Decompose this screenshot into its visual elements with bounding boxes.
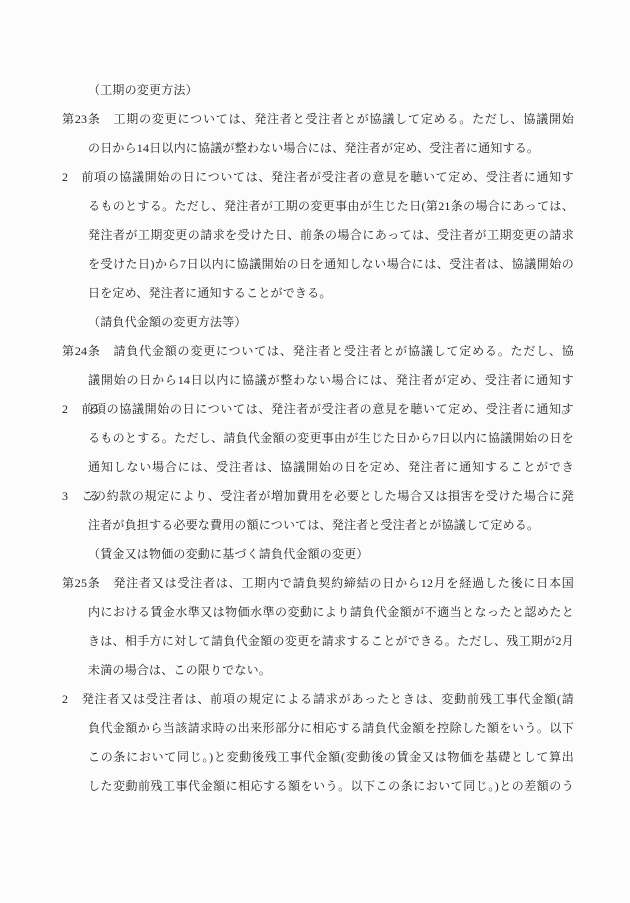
text-line: 内における賃金水準又は物価水準の変動により請負代金額が不適当となったと認めたと [62, 598, 574, 627]
section-heading: （工期の変更方法） [62, 76, 574, 105]
text-line: 第23条 工期の変更については、発注者と受注者とが協議して定める。ただし、協議開… [62, 105, 574, 134]
text-line: 発注者が工期変更の請求を受けた日、前条の場合にあっては、受注者が工期変更の請求 [62, 221, 574, 250]
text-line: るものとする。ただし、発注者が工期の変更事由が生じた日(第21条の場合にあっては… [62, 192, 574, 221]
document-page: （工期の変更方法）第23条 工期の変更については、発注者と受注者とが協議して定め… [0, 0, 630, 903]
section-heading: （請負代金額の変更方法等） [62, 308, 574, 337]
text-line: きは、相手方に対して請負代金額の変更を請求することができる。ただし、残工期が2月 [62, 627, 574, 656]
text-line: 第24条 請負代金額の変更については、発注者と受注者とが協議して定める。ただし、… [62, 337, 574, 366]
text-line: 第25条 発注者又は受注者は、工期内で請負契約締結の日から12月を経過した後に日… [62, 569, 574, 598]
text-line: 2 発注者又は受注者は、前項の規定による請求があったときは、変動前残工事代金額(… [62, 685, 574, 714]
text-line: 負代金額から当該請求時の出来形部分に相応する請負代金額を控除した額をいう。以下 [62, 714, 574, 743]
text-line: を受けた日)から7日以内に協議開始の日を通知しない場合には、受注者は、協議開始の [62, 250, 574, 279]
section-heading: （賃金又は物価の変動に基づく請負代金額の変更） [62, 540, 574, 569]
text-line: 日を定め、発注者に通知することができる。 [62, 279, 574, 308]
text-line: 未満の場合は、この限りでない。 [62, 656, 574, 685]
text-line: るものとする。ただし、請負代金額の変更事由が生じた日から7日以内に協議開始の日を [62, 424, 574, 453]
text-line: 注者が負担する必要な費用の額については、発注者と受注者とが協議して定める。 [62, 511, 574, 540]
text-line: 通知しない場合には、受注者は、協議開始の日を定め、発注者に通知することができる。 [62, 453, 574, 482]
contract-text-column: （工期の変更方法）第23条 工期の変更については、発注者と受注者とが協議して定め… [62, 76, 574, 801]
text-line: この条において同じ。)と変動後残工事代金額(変動後の賃金又は物価を基礎として算出 [62, 743, 574, 772]
text-line: 3 この約款の規定により、受注者が増加費用を必要とした場合又は損害を受けた場合に… [62, 482, 574, 511]
text-line: 2 前項の協議開始の日については、発注者が受注者の意見を聴いて定め、受注者に通知… [62, 395, 574, 424]
text-line: 2 前項の協議開始の日については、発注者が受注者の意見を聴いて定め、受注者に通知… [62, 163, 574, 192]
text-line: 議開始の日から14日以内に協議が整わない場合には、発注者が定め、受注者に通知する… [62, 366, 574, 395]
text-line: の日から14日以内に協議が整わない場合には、発注者が定め、受注者に通知する。 [62, 134, 574, 163]
text-line: した変動前残工事代金額に相応する額をいう。以下この条において同じ。)との差額のう [62, 772, 574, 801]
